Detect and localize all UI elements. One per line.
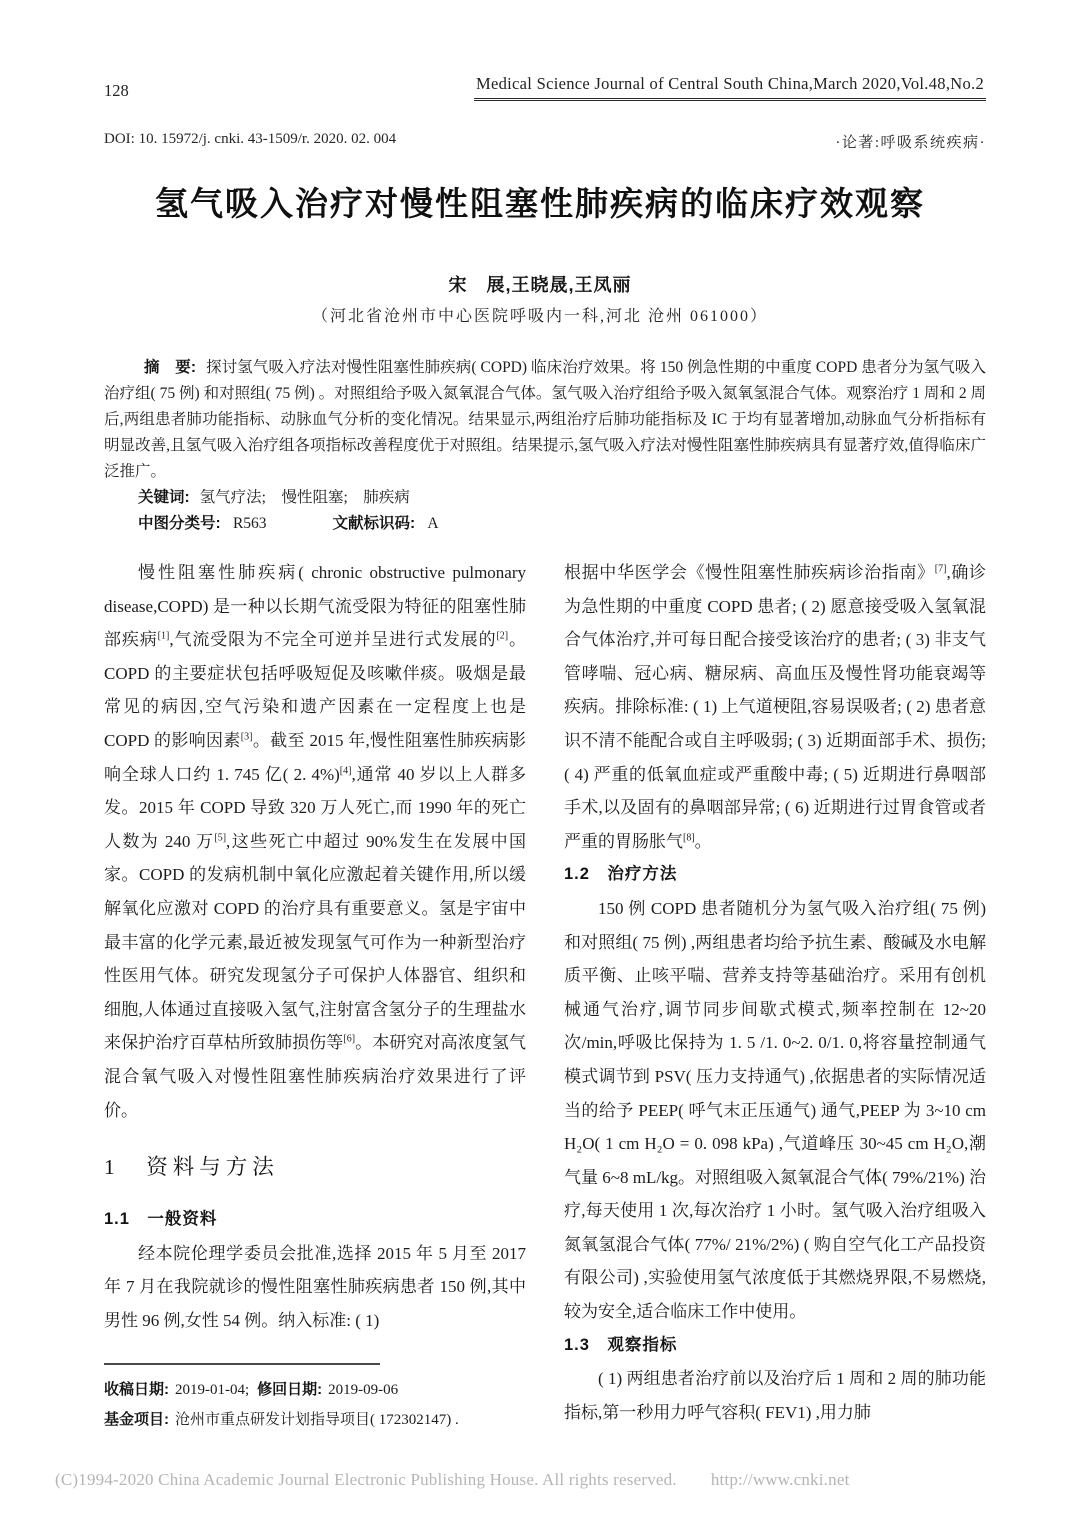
- footnote-rule: [104, 1363, 380, 1365]
- revised-date-value: 2019-09-06: [328, 1382, 398, 1398]
- doi-row: DOI: 10. 15972/j. cnki. 43-1509/r. 2020.…: [104, 131, 986, 152]
- scanned-journal-page: 128 Medical Science Journal of Central S…: [0, 0, 1080, 1528]
- cnki-url: http://www.cnki.net: [711, 1470, 850, 1489]
- received-date-label: 收稿日期:: [104, 1381, 169, 1398]
- received-date-value: 2019-01-04;: [175, 1382, 249, 1398]
- body-columns: 慢性阻塞性肺疾病( chronic obstructive pulmonary …: [104, 556, 986, 1435]
- section-1-2-heading: 1.2 治疗方法: [564, 858, 986, 892]
- general-data-paragraph: 经本院伦理学委员会批准,选择 2015 年 5 月至 2017 年 7 月在我院…: [104, 1237, 526, 1338]
- keywords-text: 氢气疗法; 慢性阻塞; 肺疾病: [200, 489, 410, 506]
- doc-code-group: 文献标识码: A: [332, 515, 438, 532]
- footnote-dates-line: 收稿日期:2019-01-04;修回日期:2019-09-06: [104, 1375, 526, 1405]
- doi-text: DOI: 10. 15972/j. cnki. 43-1509/r. 2020.…: [104, 131, 396, 152]
- keywords-line: 关键词:氢气疗法; 慢性阻塞; 肺疾病: [104, 485, 986, 511]
- cnki-copyright-footer: (C)1994-2020 China Academic Journal Elec…: [55, 1470, 850, 1490]
- section-1-3-heading: 1.3 观察指标: [564, 1329, 986, 1363]
- article-category-tag: ·论著:呼吸系统疾病·: [835, 131, 986, 152]
- fund-value: 沧州市重点研发计划指导项目( 172302147) .: [175, 1412, 459, 1428]
- copyright-text: (C)1994-2020 China Academic Journal Elec…: [55, 1470, 677, 1489]
- right-column: 根据中华医学会《慢性阻塞性肺疾病诊治指南》[7],确诊为急性期的中重度 COPD…: [564, 556, 986, 1435]
- page-number: 128: [104, 81, 129, 101]
- intro-paragraph: 慢性阻塞性肺疾病( chronic obstructive pulmonary …: [104, 556, 526, 1127]
- doc-code-label: 文献标识码:: [332, 515, 419, 532]
- clc-group: 中图分类号: R563: [138, 515, 267, 532]
- clc-value: R563: [233, 515, 267, 532]
- abstract-block: 摘 要:探讨氢气吸入疗法对慢性阻塞性肺疾病( COPD) 临床治疗效果。将 15…: [104, 355, 986, 537]
- article-title: 氢气吸入治疗对慢性阻塞性肺疾病的临床疗效观察: [0, 183, 1080, 224]
- treatment-method-paragraph: 150 例 COPD 患者随机分为氢气吸入治疗组( 75 例) 和对照组( 75…: [564, 892, 986, 1329]
- footnote-block: 收稿日期:2019-01-04;修回日期:2019-09-06 基金项目:沧州市…: [104, 1363, 526, 1435]
- footnote-fund-line: 基金项目:沧州市重点研发计划指导项目( 172302147) .: [104, 1405, 526, 1435]
- revised-date-label: 修回日期:: [257, 1381, 322, 1398]
- abstract-text: 探讨氢气吸入疗法对慢性阻塞性肺疾病( COPD) 临床治疗效果。将 150 例急…: [104, 359, 986, 480]
- clc-label: 中图分类号:: [138, 515, 225, 532]
- keywords-label: 关键词:: [138, 489, 190, 506]
- left-column: 慢性阻塞性肺疾病( chronic obstructive pulmonary …: [104, 556, 526, 1435]
- fund-label: 基金项目:: [104, 1411, 169, 1428]
- section-1-heading: 1 资料与方法: [104, 1154, 526, 1182]
- observation-index-paragraph: ( 1) 两组患者治疗前以及治疗后 1 周和 2 周的肺功能指标,第一秒用力呼气…: [564, 1362, 986, 1429]
- classification-line: 中图分类号: R563 文献标识码: A: [104, 511, 986, 537]
- abstract-label: 摘 要:: [144, 359, 196, 376]
- journal-name: Medical Science Journal of Central South…: [474, 74, 986, 101]
- affiliation-line: （河北省沧州市中心医院呼吸内一科,河北 沧州 061000）: [0, 303, 1080, 326]
- abstract-paragraph: 摘 要:探讨氢气吸入疗法对慢性阻塞性肺疾病( COPD) 临床治疗效果。将 15…: [104, 355, 986, 485]
- criteria-continuation-paragraph: 根据中华医学会《慢性阻塞性肺疾病诊治指南》[7],确诊为急性期的中重度 COPD…: [564, 556, 986, 858]
- running-head: 128 Medical Science Journal of Central S…: [104, 74, 986, 101]
- authors-line: 宋 展,王晓晟,王凤丽: [0, 271, 1080, 297]
- section-1-1-heading: 1.1 一般资料: [104, 1203, 526, 1237]
- doc-code-value: A: [427, 515, 438, 532]
